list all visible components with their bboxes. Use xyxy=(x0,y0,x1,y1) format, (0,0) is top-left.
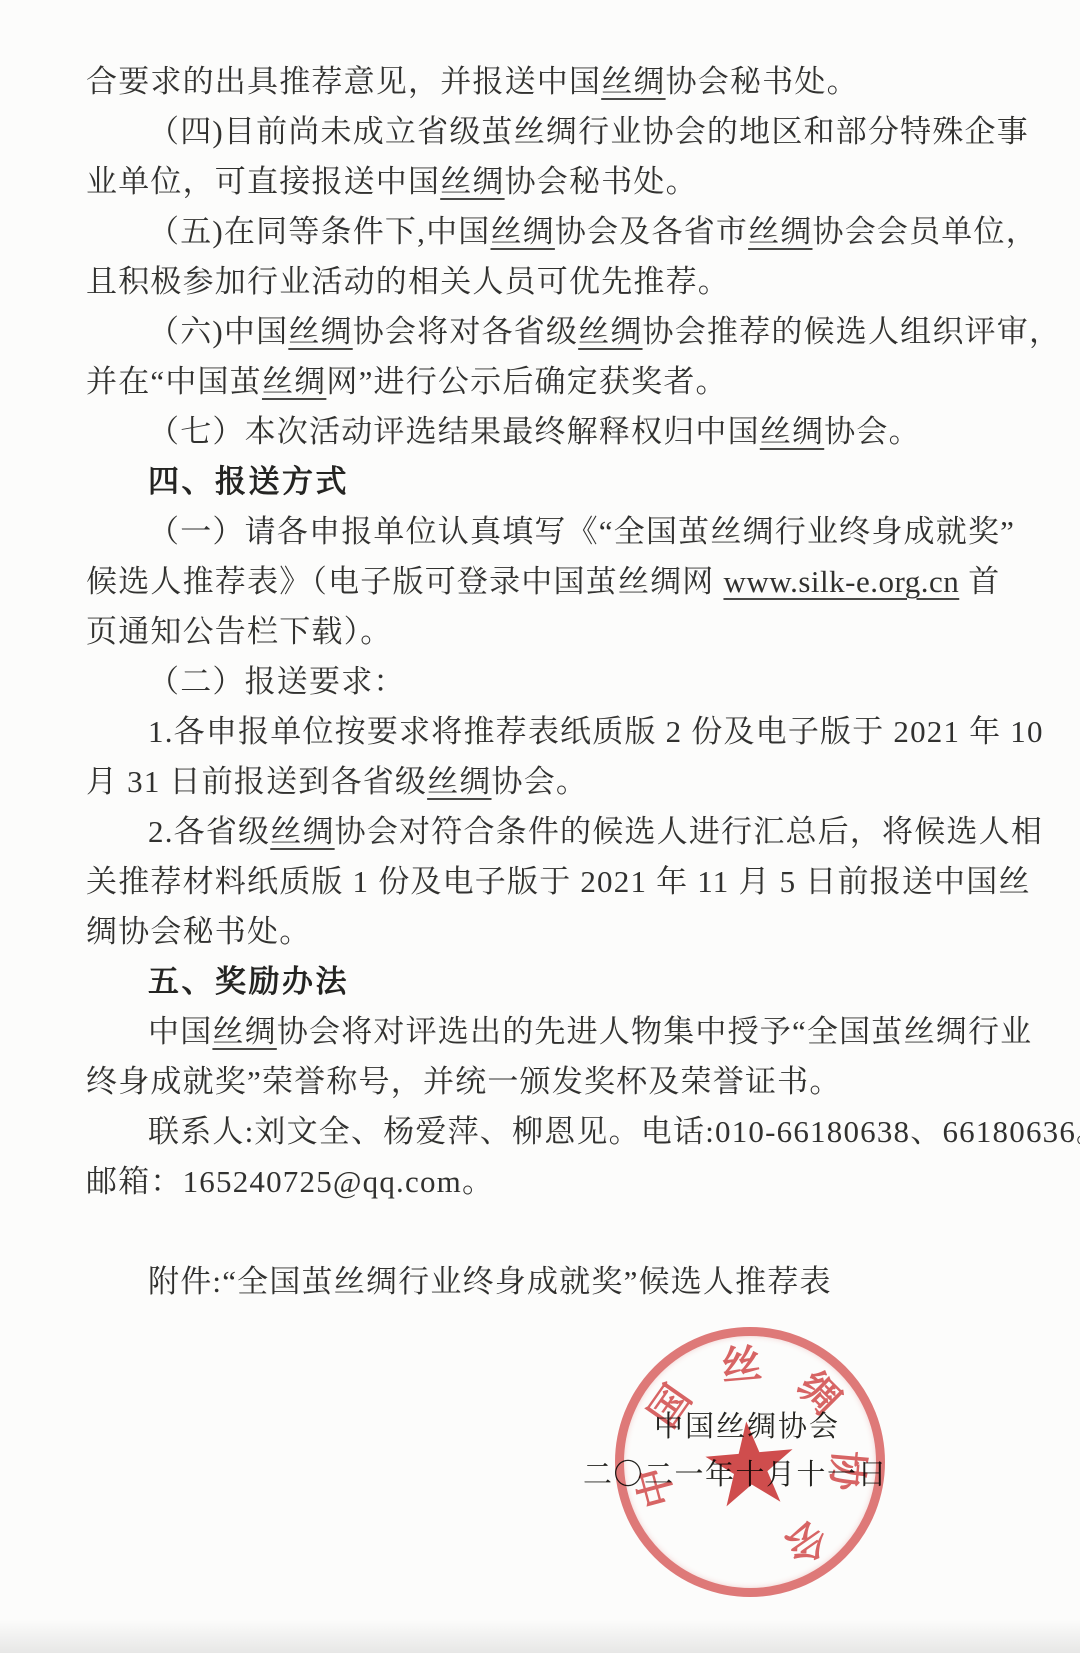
text-segment: （一）请各申报单位认真填写《“全国茧丝绸行业终身成就奖” xyxy=(148,514,1015,549)
text-segment: 丝绸 xyxy=(212,1014,276,1049)
signature-date: 二〇二一年十月十一日 xyxy=(583,1452,888,1493)
text-segment: 协会会员单位， xyxy=(813,214,1038,249)
text-segment: 丝绸 xyxy=(760,414,824,449)
document-body: 合要求的出具推荐意见，并报送中国丝绸协会秘书处。（四)目前尚未成立省级茧丝绸行业… xyxy=(86,57,1002,1307)
blank-line xyxy=(86,1207,1002,1257)
text-segment: 协会。 xyxy=(492,764,589,799)
text-line: 并在“中国茧丝绸网”进行公示后确定获奖者。 xyxy=(86,357,1002,407)
text-line: 四、报送方式 xyxy=(86,457,1002,507)
text-segment: （六)中国 xyxy=(148,314,288,349)
text-segment: 关推荐材料纸质版 1 份及电子版于 2021 年 11 月 5 日前报送中国丝 xyxy=(86,864,1031,899)
text-line: （五)在同等条件下,中国丝绸协会及各省市丝绸协会会员单位， xyxy=(86,207,1002,257)
text-line: 且积极参加行业活动的相关人员可优先推荐。 xyxy=(86,257,1002,307)
text-line: 五、奖励办法 xyxy=(86,957,1002,1007)
text-segment: 月 31 日前报送到各省级 xyxy=(86,764,427,799)
text-segment: （四)目前尚未成立省级茧丝绸行业协会的地区和部分特殊企事 xyxy=(148,114,1029,149)
text-segment: 附件:“全国茧丝绸行业终身成就奖”候选人推荐表 xyxy=(148,1264,832,1299)
text-segment: 丝绸 xyxy=(578,314,642,349)
text-line: 联系人:刘文全、杨爱萍、柳恩见。电话:010-66180638、66180636… xyxy=(86,1107,1002,1157)
text-line: （六)中国丝绸协会将对各省级丝绸协会推荐的候选人组织评审， xyxy=(86,307,1002,357)
text-segment: （二）报送要求： xyxy=(148,664,406,699)
text-line: 终身成就奖”荣誉称号，并统一颁发奖杯及荣誉证书。 xyxy=(86,1057,1002,1107)
text-segment: 业单位，可直接报送中国 xyxy=(86,164,440,199)
seal-char: 丝 xyxy=(720,1344,763,1387)
text-line: 合要求的出具推荐意见，并报送中国丝绸协会秘书处。 xyxy=(86,57,1002,107)
scan-shadow xyxy=(0,1619,1080,1653)
text-segment: 合要求的出具推荐意见，并报送中国 xyxy=(86,64,601,99)
text-segment: 五、奖励办法 xyxy=(148,964,349,999)
text-line: 月 31 日前报送到各省级丝绸协会。 xyxy=(86,757,1002,807)
text-line: 绸协会秘书处。 xyxy=(86,907,1002,957)
text-segment: 协会将对各省级 xyxy=(353,314,578,349)
text-line: 邮箱：165240725@qq.com。 xyxy=(86,1157,1002,1207)
text-segment: 网”进行公示后确定获奖者。 xyxy=(326,364,727,399)
text-segment: 丝绸 xyxy=(490,214,554,249)
text-line: 附件:“全国茧丝绸行业终身成就奖”候选人推荐表 xyxy=(86,1257,1002,1307)
text-line: （二）报送要求： xyxy=(86,657,1002,707)
text-segment: （五)在同等条件下,中国 xyxy=(148,214,490,249)
text-segment: 丝绸 xyxy=(262,364,326,399)
text-segment: 且积极参加行业活动的相关人员可优先推荐。 xyxy=(86,264,730,299)
text-line: （七）本次活动评选结果最终解释权归中国丝绸协会。 xyxy=(86,407,1002,457)
text-segment: 丝绸 xyxy=(440,164,504,199)
text-segment: 协会及各省市 xyxy=(555,214,748,249)
text-segment: 1.各申报单位按要求将推荐表纸质版 2 份及电子版于 2021 年 10 xyxy=(148,714,1044,749)
text-line: （四)目前尚未成立省级茧丝绸行业协会的地区和部分特殊企事 xyxy=(86,107,1002,157)
text-segment: 协会秘书处。 xyxy=(666,64,859,99)
text-line: （一）请各申报单位认真填写《“全国茧丝绸行业终身成就奖” xyxy=(86,507,1002,557)
text-segment: 协会对符合条件的候选人进行汇总后，将候选人相 xyxy=(335,814,1043,849)
text-line: 关推荐材料纸质版 1 份及电子版于 2021 年 11 月 5 日前报送中国丝 xyxy=(86,857,1002,907)
text-segment: 丝绸 xyxy=(288,314,352,349)
document-page: 合要求的出具推荐意见，并报送中国丝绸协会秘书处。（四)目前尚未成立省级茧丝绸行业… xyxy=(0,0,1080,1653)
text-segment: 联系人:刘文全、杨爱萍、柳恩见。电话:010-66180638、66180636… xyxy=(148,1114,1080,1149)
seal-char: 会 xyxy=(778,1514,834,1570)
text-line: 候选人推荐表》（电子版可登录中国茧丝绸网 www.silk-e.org.cn 首 xyxy=(86,557,1002,607)
text-line: 中国丝绸协会将对评选出的先进人物集中授予“全国茧丝绸行业 xyxy=(86,1007,1002,1057)
text-segment: 协会秘书处。 xyxy=(505,164,698,199)
text-segment: 并在“中国茧 xyxy=(86,364,262,399)
text-segment: 2.各省级 xyxy=(148,814,270,849)
text-segment: 终身成就奖”荣誉称号，并统一颁发奖杯及荣誉证书。 xyxy=(86,1064,842,1099)
text-segment: 候选人推荐表》（电子版可登录中国茧丝绸网 xyxy=(86,564,723,599)
text-segment: 协会将对评选出的先进人物集中授予“全国茧丝绸行业 xyxy=(277,1014,1033,1049)
text-segment: 协会推荐的候选人组织评审， xyxy=(643,314,1062,349)
text-line: 2.各省级丝绸协会对符合条件的候选人进行汇总后，将候选人相 xyxy=(86,807,1002,857)
text-segment: 丝绸 xyxy=(270,814,334,849)
text-segment: 绸协会秘书处。 xyxy=(86,914,311,949)
text-segment: 协会。 xyxy=(824,414,921,449)
signature-org: 中国丝绸协会 xyxy=(654,1404,840,1445)
text-line: 业单位，可直接报送中国丝绸协会秘书处。 xyxy=(86,157,1002,207)
text-segment: 丝绸 xyxy=(748,214,812,249)
url-text: www.silk-e.org.cn xyxy=(723,564,959,599)
text-line: 1.各申报单位按要求将推荐表纸质版 2 份及电子版于 2021 年 10 xyxy=(86,707,1002,757)
text-segment: 丝绸 xyxy=(601,64,665,99)
text-segment: 页通知公告栏下载）。 xyxy=(86,614,393,649)
text-segment: 四、报送方式 xyxy=(148,464,349,499)
text-segment: 中国 xyxy=(148,1014,212,1049)
text-segment: 首 xyxy=(959,564,1000,599)
text-segment: 丝绸 xyxy=(427,764,491,799)
text-segment: 邮箱：165240725@qq.com。 xyxy=(86,1164,494,1199)
text-line: 页通知公告栏下载）。 xyxy=(86,607,1002,657)
text-segment: （七）本次活动评选结果最终解释权归中国 xyxy=(148,414,760,449)
